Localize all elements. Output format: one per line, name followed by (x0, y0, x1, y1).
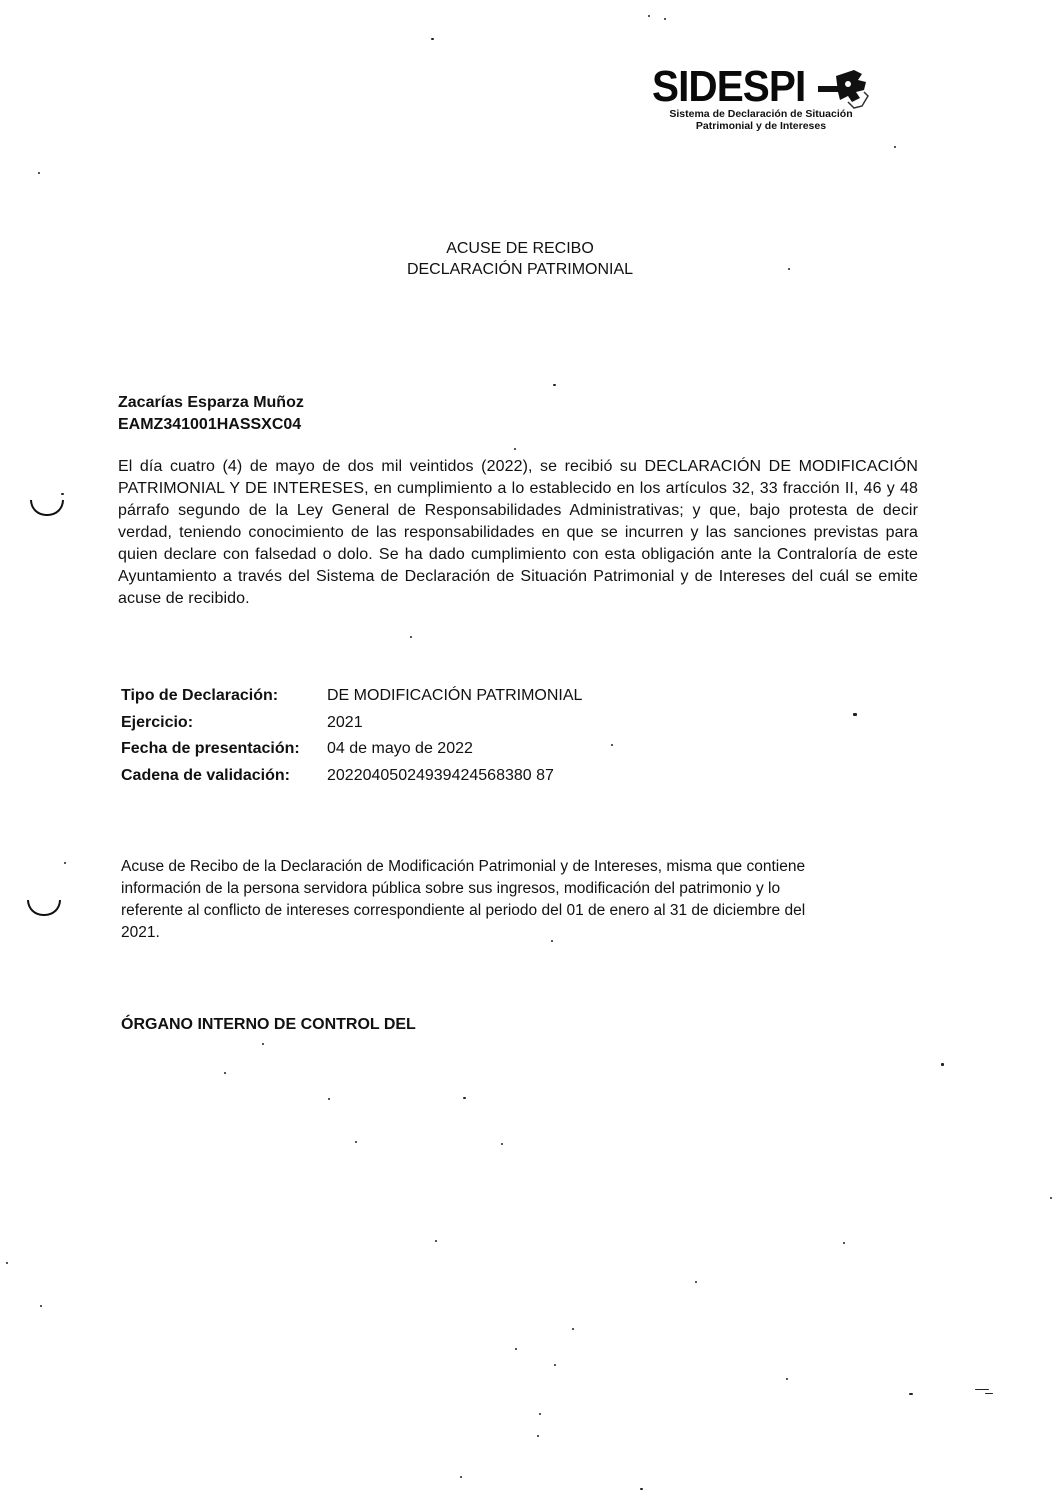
detail-row-type: Tipo de Declaración: DE MODIFICACIÓN PAT… (121, 683, 582, 710)
logo-subtitle-line1: Sistema de Declaración de Situación (650, 108, 872, 120)
scan-speck (843, 1242, 845, 1244)
scan-speck (501, 1143, 503, 1145)
scan-speck (515, 1348, 517, 1350)
summary-line: 2021. (121, 922, 921, 944)
recipient-name: Zacarías Esparza Muñoz (118, 392, 304, 414)
scan-speck (554, 1364, 556, 1366)
detail-label: Tipo de Declaración: (121, 683, 327, 710)
scan-speck (537, 1435, 539, 1437)
scan-speck (224, 1072, 226, 1074)
scan-speck (514, 448, 516, 450)
detail-row-date: Fecha de presentación: 04 de mayo de 202… (121, 736, 582, 763)
scan-speck (460, 1476, 462, 1478)
detail-row-validation: Cadena de validación: 202204050249394245… (121, 763, 582, 790)
scan-speck (941, 1063, 944, 1066)
logo-subtitle: Sistema de Declaración de Situación Patr… (650, 108, 872, 132)
scan-speck (664, 18, 666, 20)
scan-speck (985, 1393, 993, 1394)
scan-speck (431, 38, 434, 40)
document-title: ACUSE DE RECIBO DECLARACIÓN PATRIMONIAL (0, 238, 1040, 280)
detail-row-year: Ejercicio: 2021 (121, 710, 582, 737)
detail-value: 20220405024939424568380 87 (327, 763, 554, 790)
scan-speck (6, 1262, 8, 1264)
scan-speck (38, 172, 40, 174)
summary-line: información de la persona servidora públ… (121, 878, 921, 900)
title-line1: ACUSE DE RECIBO (0, 238, 1040, 259)
issuing-organ: ÓRGANO INTERNO DE CONTROL DEL (121, 1014, 416, 1036)
scan-speck (262, 1043, 264, 1045)
scan-speck (611, 744, 613, 746)
logo-wordmark: SIDESPI (652, 62, 805, 112)
punch-hole-mark (30, 500, 64, 516)
scan-speck (853, 713, 857, 716)
scan-speck (328, 1098, 330, 1100)
detail-value: 04 de mayo de 2022 (327, 736, 473, 763)
scan-speck (975, 1389, 989, 1390)
scan-speck (551, 940, 553, 942)
title-line2: DECLARACIÓN PATRIMONIAL (0, 259, 1040, 280)
detail-label: Cadena de validación: (121, 763, 327, 790)
sidespi-logo: SIDESPI Sistema de Declaración de Situac… (650, 62, 880, 142)
logo-subtitle-line2: Patrimonial y de Intereses (650, 120, 872, 132)
scan-speck (463, 1097, 466, 1099)
scan-speck (909, 1393, 913, 1395)
punch-hole-mark (27, 900, 61, 916)
summary-line: referente al conflicto de intereses corr… (121, 900, 921, 922)
scan-speck (410, 636, 412, 638)
detail-label: Ejercicio: (121, 710, 327, 737)
detail-value: DE MODIFICACIÓN PATRIMONIAL (327, 683, 582, 710)
arrow-map-icon (818, 66, 872, 112)
scan-speck (355, 1141, 357, 1143)
scan-speck (695, 1281, 697, 1283)
scan-speck (435, 1240, 437, 1242)
scan-speck (894, 146, 896, 148)
scan-speck (648, 15, 650, 17)
scan-speck (539, 1413, 541, 1415)
recipient-block: Zacarías Esparza Muñoz EAMZ341001HASSXC0… (118, 392, 304, 436)
receipt-paragraph: El día cuatro (4) de mayo de dos mil vei… (118, 456, 918, 610)
scan-speck (788, 268, 790, 270)
scan-speck (572, 1328, 574, 1330)
document-page: SIDESPI Sistema de Declaración de Situac… (0, 0, 1058, 1495)
declaration-details: Tipo de Declaración: DE MODIFICACIÓN PAT… (121, 683, 582, 789)
detail-label: Fecha de presentación: (121, 736, 327, 763)
detail-value: 2021 (327, 710, 363, 737)
scan-speck (40, 1305, 42, 1307)
summary-line: Acuse de Recibo de la Declaración de Mod… (121, 856, 921, 878)
summary-paragraph: Acuse de Recibo de la Declaración de Mod… (121, 856, 921, 944)
recipient-curp: EAMZ341001HASSXC04 (118, 414, 304, 436)
scan-speck (786, 1378, 788, 1380)
scan-speck (64, 862, 66, 864)
scan-speck (640, 1488, 643, 1490)
scan-speck (61, 493, 64, 495)
scan-speck (1050, 1197, 1052, 1199)
scan-speck (553, 384, 556, 386)
